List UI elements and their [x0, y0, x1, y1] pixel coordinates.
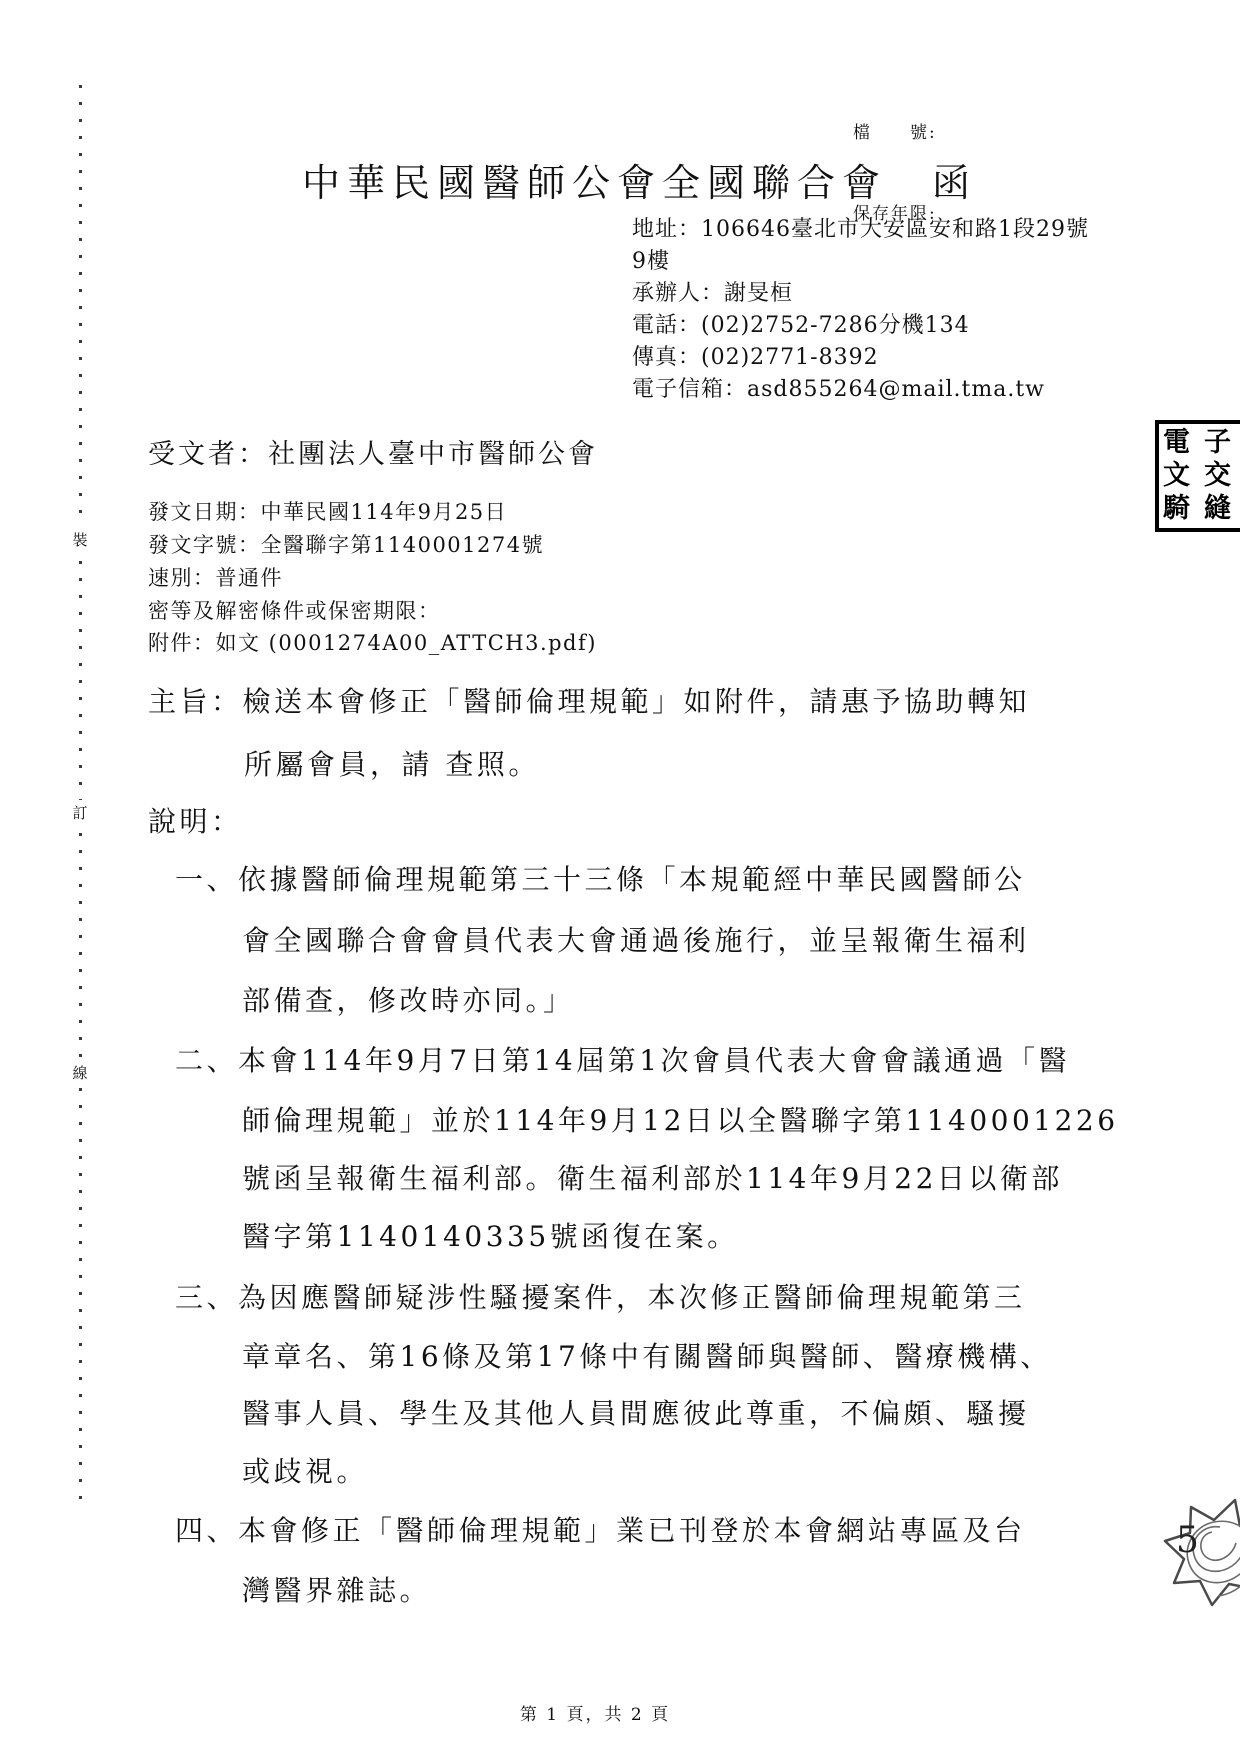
- meta-attachment: 附件：如文 (0001274A00_ATTCH3.pdf): [148, 627, 597, 657]
- margin-mark-binding: 裝: [69, 527, 91, 552]
- explanation-item-1-line-1: 一、依據醫師倫理規範第三十三條「本規範經中華民國醫師公: [175, 858, 1026, 898]
- page-indicator: 第 1 頁，共 2 頁: [0, 1700, 1215, 1725]
- margin-mark-line: 線: [69, 1060, 91, 1085]
- explanation-label: 說明：: [148, 800, 243, 840]
- subject-line-1: 主旨：檢送本會修正「醫師倫理規範」如附件，請惠予協助轉知: [148, 680, 1030, 720]
- subject-line-2: 所屬會員，請 查照。: [244, 743, 540, 783]
- explanation-item-4-line-1: 四、本會修正「醫師倫理規範」業已刊登於本會網站專區及台: [175, 1509, 1026, 1549]
- explanation-item-3-line-3: 醫事人員、學生及其他人員間應彼此尊重，不偏頗、騷擾: [242, 1392, 1030, 1432]
- sender-address-line2: 9樓: [632, 244, 670, 275]
- stamp-row-3: 騎縫: [1163, 493, 1240, 525]
- sender-contact-person: 承辦人：謝旻桓: [632, 276, 793, 307]
- stamp-row-2: 文交: [1163, 460, 1240, 492]
- explanation-item-1-line-3: 部備查，修改時亦同。」: [242, 979, 575, 1019]
- meta-doc-number: 發文字號：全醫聯字第1140001274號: [148, 529, 544, 559]
- sender-phone: 電話：(02)2752-7286分機134: [632, 308, 970, 339]
- explanation-item-3-line-2: 章章名、第16條及第17條中有關醫師與醫師、醫療機構、: [242, 1335, 1052, 1375]
- file-number-label: 檔 號:: [853, 120, 937, 147]
- document-page: 檔 號: 保存年限: 中華民國醫師公會全國聯合會 函 地址：106646臺北市大…: [0, 0, 1240, 1754]
- page-title: 中華民國醫師公會全國聯合會 函: [302, 152, 977, 207]
- recipient-line: 受文者：社團法人臺中市醫師公會: [148, 432, 598, 471]
- explanation-item-1-line-2: 會全國聯合會會員代表大會通過後施行，並呈報衛生福利: [242, 919, 1030, 959]
- meta-speed: 速別：普通件: [148, 562, 283, 592]
- explanation-item-2-line-2: 師倫理規範」並於114年9月12日以全醫聯字第1140001226: [242, 1099, 1119, 1139]
- corner-seal: 5: [1148, 1486, 1240, 1620]
- sender-address-line1: 地址：106646臺北市大安區安和路1段29號: [632, 212, 1089, 243]
- explanation-item-2-line-3: 號函呈報衛生福利部。衛生福利部於114年9月22日以衛部: [242, 1157, 1063, 1197]
- sender-email: 電子信箱：asd855264@mail.tma.tw: [632, 372, 1045, 403]
- margin-mark-stitch: 訂: [69, 800, 91, 825]
- explanation-item-3-line-4: 或歧視。: [242, 1450, 368, 1490]
- binding-fold-dotted-line: [79, 85, 82, 1505]
- explanation-item-4-line-2: 灣醫界雜誌。: [242, 1569, 431, 1609]
- electronic-exchange-stamp: 電子 文交 騎縫: [1155, 420, 1240, 532]
- explanation-item-2-line-4: 醫字第1140140335號函復在案。: [242, 1215, 739, 1255]
- sender-fax: 傳真：(02)2771-8392: [632, 340, 879, 371]
- explanation-item-2-line-1: 二、本會114年9月7日第14屆第1次會員代表大會會議通過「醫: [175, 1039, 1070, 1079]
- explanation-item-3-line-1: 三、為因應醫師疑涉性騷擾案件，本次修正醫師倫理規範第三: [175, 1276, 1026, 1316]
- meta-security: 密等及解密條件或保密期限：: [148, 595, 441, 625]
- stamp-row-1: 電子: [1163, 427, 1240, 459]
- corner-seal-page-number: 5: [1176, 1520, 1199, 1561]
- meta-issue-date: 發文日期：中華民國114年9月25日: [148, 496, 507, 526]
